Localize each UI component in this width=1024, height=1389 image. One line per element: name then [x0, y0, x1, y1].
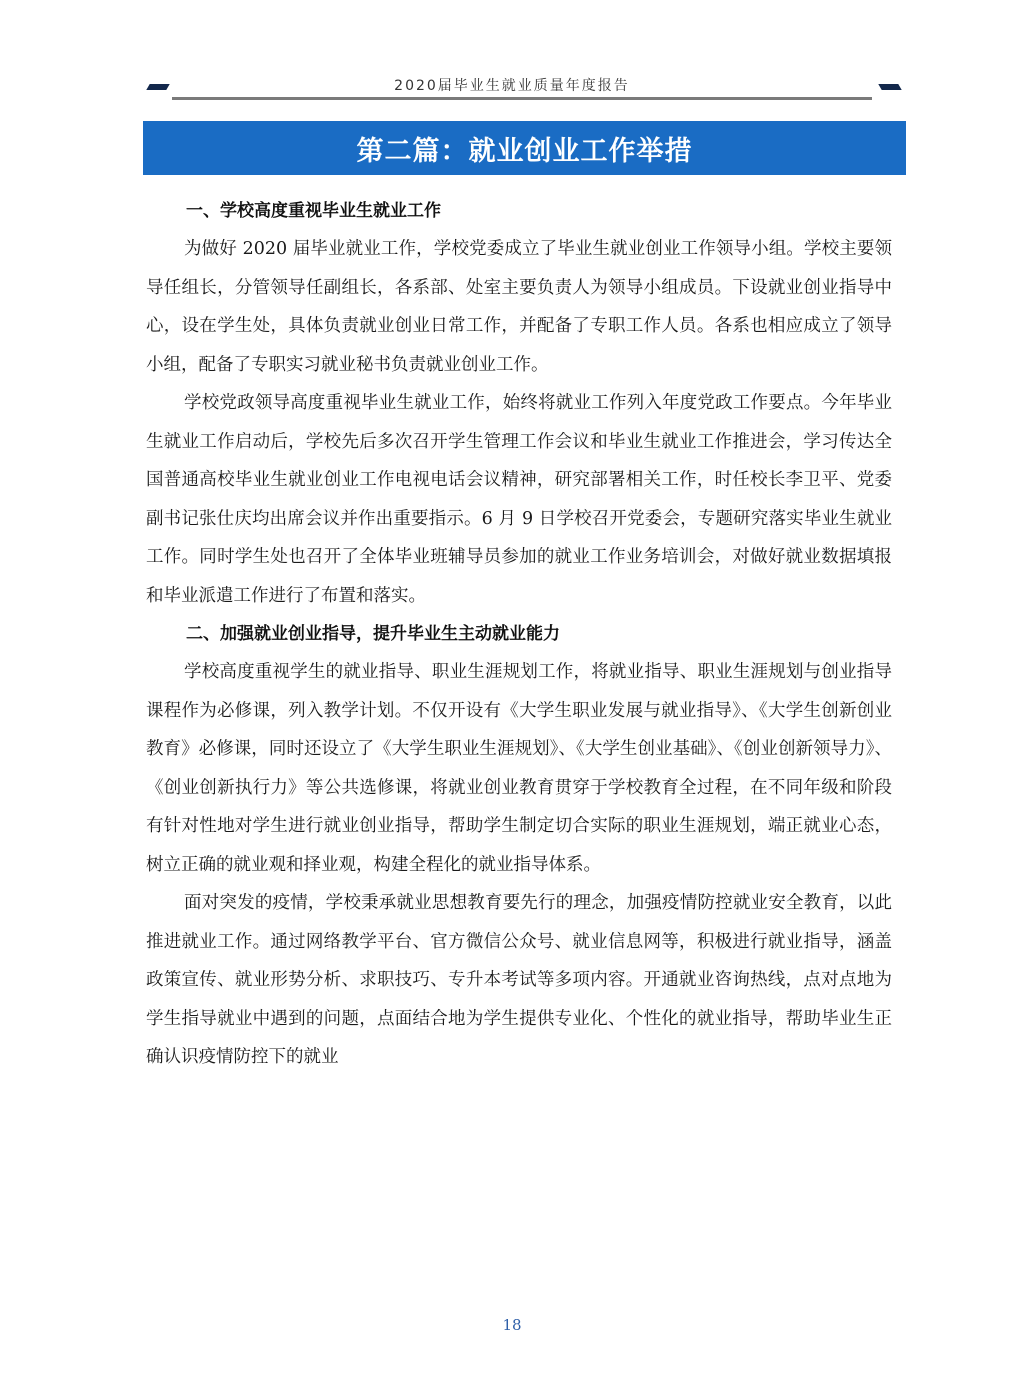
header-right-mark-icon [878, 84, 901, 90]
section-heading: 二、加强就业创业指导，提升毕业生主动就业能力 [146, 615, 892, 653]
document-body: 一、学校高度重视毕业生就业工作 为做好 2020 届毕业就业工作，学校党委成立了… [146, 192, 892, 1077]
paragraph: 面对突发的疫情，学校秉承就业思想教育要先行的理念，加强疫情防控就业安全教育，以此… [146, 884, 892, 1077]
paragraph: 学校党政领导高度重视毕业生就业工作，始终将就业工作列入年度党政工作要点。今年毕业… [146, 384, 892, 615]
report-title: 2020届毕业生就业质量年度报告 [0, 77, 1024, 95]
header-divider [172, 97, 872, 100]
chapter-banner: 第二篇：就业创业工作举措 [143, 121, 906, 175]
section-guidance: 二、加强就业创业指导，提升毕业生主动就业能力 学校高度重视学生的就业指导、职业生… [146, 615, 892, 1077]
chapter-title: 第二篇：就业创业工作举措 [357, 129, 693, 168]
paragraph: 为做好 2020 届毕业就业工作，学校党委成立了毕业生就业创业工作领导小组。学校… [146, 230, 892, 384]
running-header: 2020届毕业生就业质量年度报告 [0, 0, 1024, 110]
page-number: 18 [0, 1316, 1024, 1334]
paragraph: 学校高度重视学生的就业指导、职业生涯规划工作，将就业指导、职业生涯规划与创业指导… [146, 653, 892, 884]
section-heading: 一、学校高度重视毕业生就业工作 [146, 192, 892, 230]
section-leadership: 一、学校高度重视毕业生就业工作 为做好 2020 届毕业就业工作，学校党委成立了… [146, 192, 892, 615]
